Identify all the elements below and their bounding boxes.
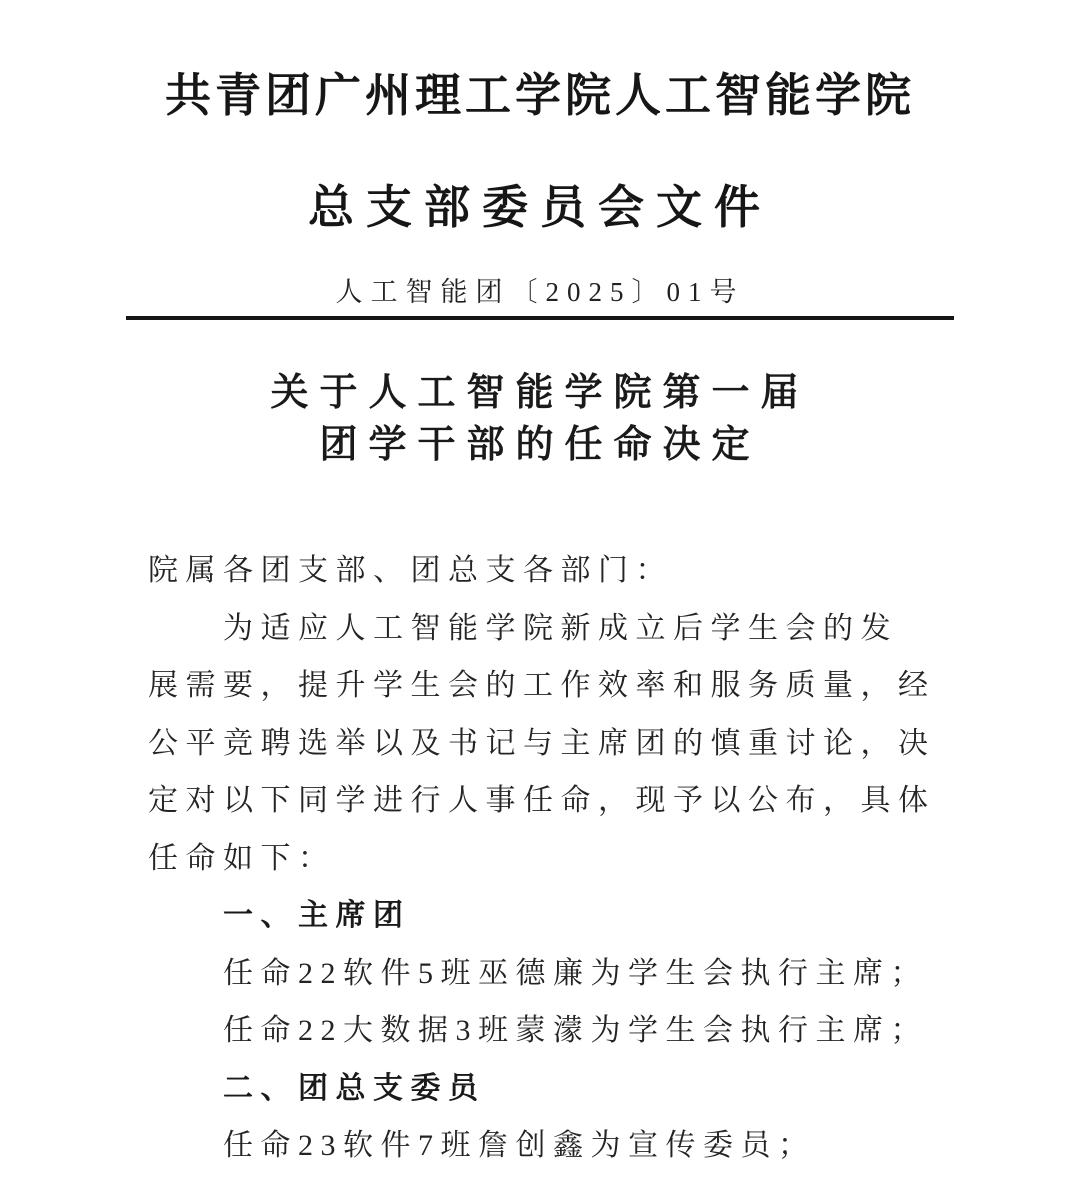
org-title-line-2: 总支部委员会文件 [0,152,1080,264]
section-1-heading: 一、主席团 [148,887,950,945]
document-page: 共青团广州理工学院人工智能学院 总支部委员会文件 人工智能团〔2025〕01号 … [0,0,1080,1198]
section-2-heading: 二、团总支委员 [148,1060,950,1118]
header-divider [126,316,954,320]
subject-title-line-1: 关于人工智能学院第一届 [0,367,1080,419]
org-title-line-1: 共青团广州理工学院人工智能学院 [0,40,1080,152]
appointment-line: 任命23软件7班詹创鑫为宣传委员； [148,1117,950,1175]
paragraph-line: 任命如下： [148,830,950,888]
salutation-line: 院属各团支部、团总支各部门： [148,542,950,600]
appointment-line: 任命22软件5班巫德廉为学生会执行主席； [148,945,950,1003]
document-body: 院属各团支部、团总支各部门： 为适应人工智能学院新成立后学生会的发 展需要，提升… [148,542,950,1175]
letterhead: 共青团广州理工学院人工智能学院 总支部委员会文件 人工智能团〔2025〕01号 [0,0,1080,320]
paragraph-line: 公平竞聘选举以及书记与主席团的慎重讨论，决 [148,715,950,773]
document-number: 人工智能团〔2025〕01号 [0,270,1080,314]
paragraph-line: 定对以下同学进行人事任命，现予以公布，具体 [148,772,950,830]
subject-title: 关于人工智能学院第一届 团学干部的任命决定 [0,367,1080,471]
appointment-line: 任命22大数据3班蒙濛为学生会执行主席； [148,1002,950,1060]
paragraph-line: 展需要，提升学生会的工作效率和服务质量，经 [148,657,950,715]
subject-title-line-2: 团学干部的任命决定 [0,419,1080,471]
paragraph-line: 为适应人工智能学院新成立后学生会的发 [148,600,950,658]
